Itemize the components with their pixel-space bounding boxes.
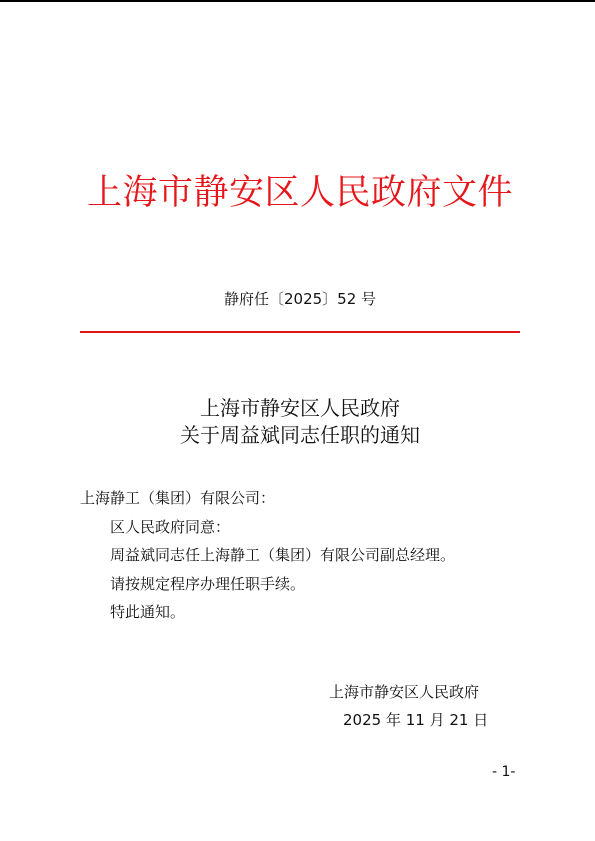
notice-title-line-1: 上海市静安区人民政府	[0, 395, 595, 422]
notice-body: 上海静工（集团）有限公司： 区人民政府同意： 周益斌同志任上海静工（集团）有限公…	[80, 484, 520, 627]
notice-title-line-2: 关于周益斌同志任职的通知	[0, 422, 595, 449]
recipient-line: 上海静工（集团）有限公司：	[80, 484, 520, 513]
issuer-header-title: 上海市静安区人民政府文件	[0, 170, 595, 216]
page-top-border	[0, 0, 595, 2]
notice-title: 上海市静安区人民政府 关于周益斌同志任职的通知	[0, 395, 595, 449]
signature-organization: 上海市静安区人民政府	[329, 681, 479, 703]
page-number: - 1-	[492, 762, 515, 782]
body-paragraph: 特此通知。	[80, 598, 520, 627]
document-number: 静府任〔2025〕52 号	[0, 288, 595, 310]
body-paragraph: 区人民政府同意：	[80, 513, 520, 542]
body-paragraph: 请按规定程序办理任职手续。	[80, 570, 520, 599]
body-paragraph: 周益斌同志任上海静工（集团）有限公司副总经理。	[80, 541, 520, 570]
red-separator-line	[80, 331, 520, 333]
signature-date: 2025 年 11 月 21 日	[343, 709, 488, 731]
